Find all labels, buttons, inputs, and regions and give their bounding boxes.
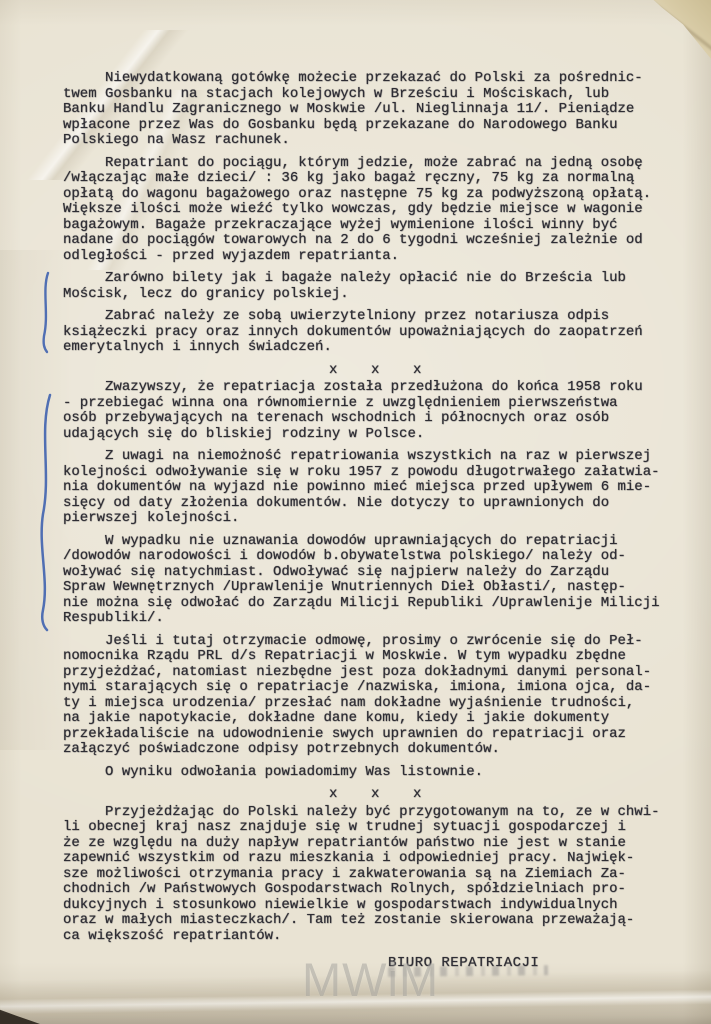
typewritten-paragraph: Z uwagi na niemożność repatriowania wszy… (63, 449, 685, 527)
typewritten-paragraph: Jeśli i tutaj otrzymacie odmowę, prosimy… (63, 634, 685, 758)
typewritten-paragraph: Przyjeżdżając do Polski należy być przyg… (63, 805, 685, 945)
document-text: Niewydatkowaną gotówkę możecie przekazać… (63, 71, 685, 979)
typewritten-paragraph: Niewydatkowaną gotówkę możecie przekazać… (63, 71, 685, 149)
section-separator: x x x (63, 363, 685, 379)
folded-corner (641, 0, 711, 64)
pen-mark (42, 395, 50, 630)
typewritten-paragraph: W wypadku nie uznawania dowodów uprawnia… (63, 534, 685, 627)
typewritten-paragraph: Zabrać należy ze sobą uwierzytelniony pr… (63, 309, 685, 356)
section-separator: x x x (63, 787, 685, 803)
torn-corner (0, 1002, 40, 1024)
watermark: MWiM (302, 952, 439, 1007)
typewritten-paragraph: Repatriant do pociągu, którym jedzie, mo… (63, 156, 685, 265)
typewritten-paragraph: Zarówno bilety jak i bagaże należy opłac… (63, 271, 685, 302)
pen-mark (44, 273, 48, 352)
typewritten-paragraph: O wyniku odwołania powiadomimy Was listo… (63, 765, 685, 781)
typewritten-paragraph: Zwazywszy, że repatriacja została przedł… (63, 380, 685, 442)
scanned-document-page: Niewydatkowaną gotówkę możecie przekazać… (0, 0, 711, 1024)
margin-annotation-marks (34, 262, 62, 642)
